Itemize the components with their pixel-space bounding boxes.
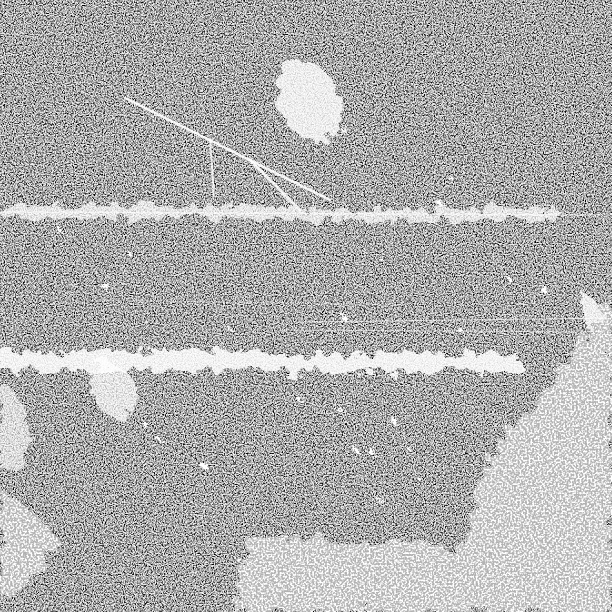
grunge-texture <box>0 0 612 612</box>
